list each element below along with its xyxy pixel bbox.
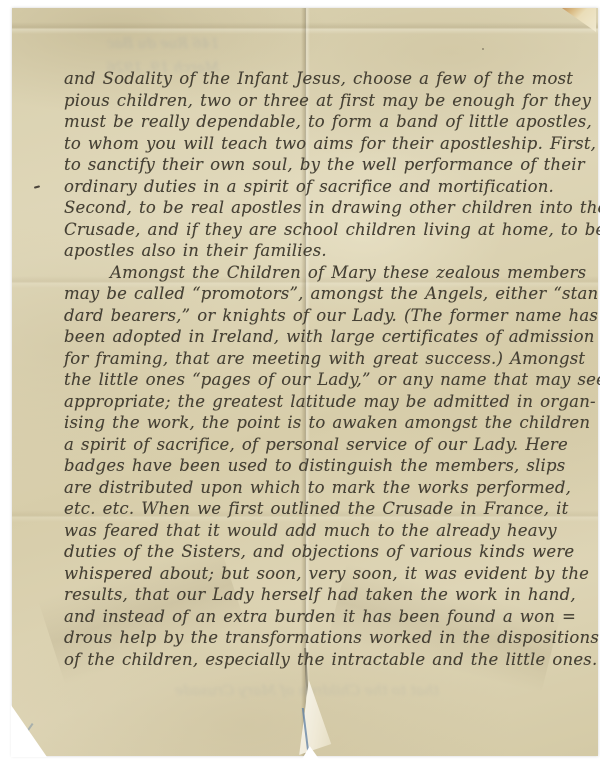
handwriting-line: Crusade, and if they are school children… — [64, 219, 572, 241]
handwriting-line: of the children, especially the intracta… — [64, 649, 572, 671]
corner-cut — [11, 705, 47, 757]
handwriting-line: to sanctify their own soul, by the well … — [64, 154, 572, 176]
handwriting-line: for framing, that are meeting with great… — [64, 348, 572, 370]
handwriting-line: are distributed upon which to mark the w… — [64, 477, 572, 499]
handwriting-line: badges have been used to distinguish the… — [64, 455, 572, 477]
handwriting-line: may be called “promotors”, amongst the A… — [64, 283, 572, 305]
handwriting-line: Second, to be real apostles in drawing o… — [64, 197, 572, 219]
handwriting-line: and instead of an extra burden it has be… — [64, 606, 572, 628]
handwriting-block: and Sodality of the Infant Jesus, choose… — [64, 68, 572, 670]
handwriting-line: pious children, two or three at first ma… — [64, 90, 572, 112]
handwriting-line: etc. etc. When we first outlined the Cru… — [64, 498, 572, 520]
handwriting-line: and Sodality of the Infant Jesus, choose… — [64, 68, 572, 90]
handwriting-line: ising the work, the point is to awaken a… — [64, 412, 572, 434]
handwriting-line: whispered about; but soon, very soon, it… — [64, 563, 572, 585]
handwriting-line: a spirit of sacrifice, of personal servi… — [64, 434, 572, 456]
handwriting-line: appropriate; the greatest latitude may b… — [64, 391, 572, 413]
ghost-text-line: 146 Rue du Bac — [58, 32, 268, 56]
handwriting-line: ordinary duties in a spirit of sacrifice… — [64, 176, 572, 198]
handwriting-line: apostles also in their families. — [64, 240, 572, 262]
handwriting-line: must be really dependable, to form a ban… — [64, 111, 572, 133]
scanned-letter-page: { "letter": { "description": "handwritte… — [0, 0, 600, 779]
corner-fold — [562, 8, 596, 32]
handwriting-line: been adopted in Ireland, with large cert… — [64, 326, 572, 348]
handwriting-line: to whom you will teach two aims for thei… — [64, 133, 572, 155]
handwriting-line: Amongst the Children of Mary these zealo… — [64, 262, 572, 284]
handwriting-line: the little ones “pages of our Lady,” or … — [64, 369, 572, 391]
ink-speck — [34, 185, 40, 188]
handwriting-line: results, that our Lady herself had taken… — [64, 584, 572, 606]
letter-page: 146 Rue du Bac March 19, 1926 that to th… — [12, 8, 598, 756]
bottom-tear-flap — [296, 680, 336, 758]
handwriting-line: was feared that it would add much to the… — [64, 520, 572, 542]
handwriting-line: dard bearers,” or knights of our Lady. (… — [64, 305, 572, 327]
ink-speck — [100, 168, 102, 170]
ink-speck — [482, 48, 484, 50]
top-crease — [12, 22, 598, 34]
handwriting-line: duties of the Sisters, and objections of… — [64, 541, 572, 563]
handwriting-line: drous help by the transformations worked… — [64, 627, 572, 649]
